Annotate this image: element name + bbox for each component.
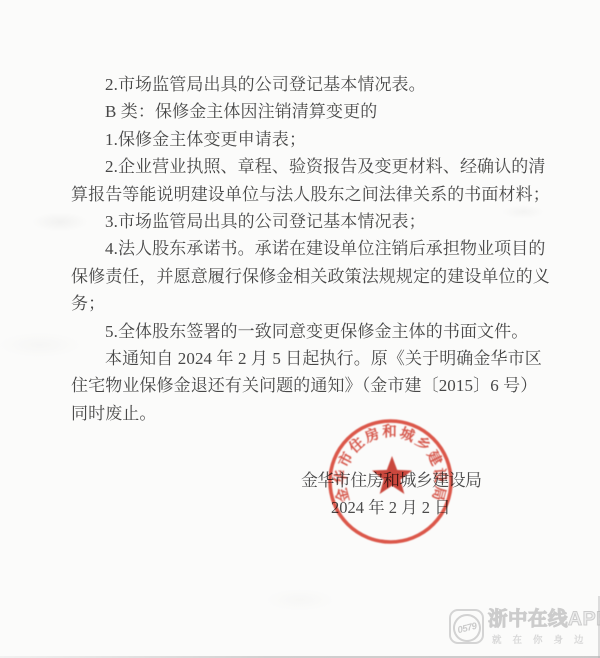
document-body: 2.市场监管局出具的公司登记基本情况表。 B 类：保修金主体因注销清算变更的 1… — [71, 71, 533, 427]
app-watermark: 0579 浙中在线APP 就在你身边 — [447, 607, 597, 655]
body-line: 2.企业营业执照、章程、验资报告及变更材料、经确认的清 — [71, 153, 533, 180]
body-line: B 类：保修金主体因注销清算变更的 — [71, 98, 533, 125]
seal-star-icon — [372, 456, 412, 494]
body-line: 3.市场监管局出具的公司登记基本情况表； — [71, 208, 533, 235]
watermark-title: 浙中在线APP — [488, 609, 600, 629]
body-line: 算报告等能说明建设单位与法人股东之间法律关系的书面材料； — [71, 181, 533, 208]
body-line: 住宅物业保修金退还有关问题的通知》（金市建〔2015〕6 号） — [71, 372, 533, 399]
body-line: 1.保修金主体变更申请表； — [71, 126, 533, 153]
body-line: 务； — [71, 290, 533, 317]
body-line: 4.法人股东承诺书。承诺在建设单位注销后承担物业项目的 — [71, 235, 533, 262]
watermark-subtitle: 就在你身边 — [492, 632, 595, 646]
body-line: 本通知自 2024 年 2 月 5 日起执行。原《关于明确金华市区 — [71, 345, 533, 372]
body-line: 同时废止。 — [71, 400, 533, 427]
body-line: 2.市场监管局出具的公司登记基本情况表。 — [71, 71, 533, 98]
official-red-seal: 金华市住房和城乡建设局 — [325, 416, 457, 548]
watermark-badge-circle: 0579 — [450, 611, 484, 645]
body-line: 5.全体股东签署的一致同意变更保修金主体的书面文件。 — [71, 318, 533, 345]
scanned-document-page: 2.市场监管局出具的公司登记基本情况表。 B 类：保修金主体因注销清算变更的 1… — [0, 0, 600, 658]
body-line: 保修责任，并愿意履行保修金相关政策法规规定的建设单位的义 — [71, 263, 533, 290]
watermark-badge-text: 0579 — [456, 620, 477, 635]
watermark-logo-icon: 0579 — [449, 609, 484, 644]
